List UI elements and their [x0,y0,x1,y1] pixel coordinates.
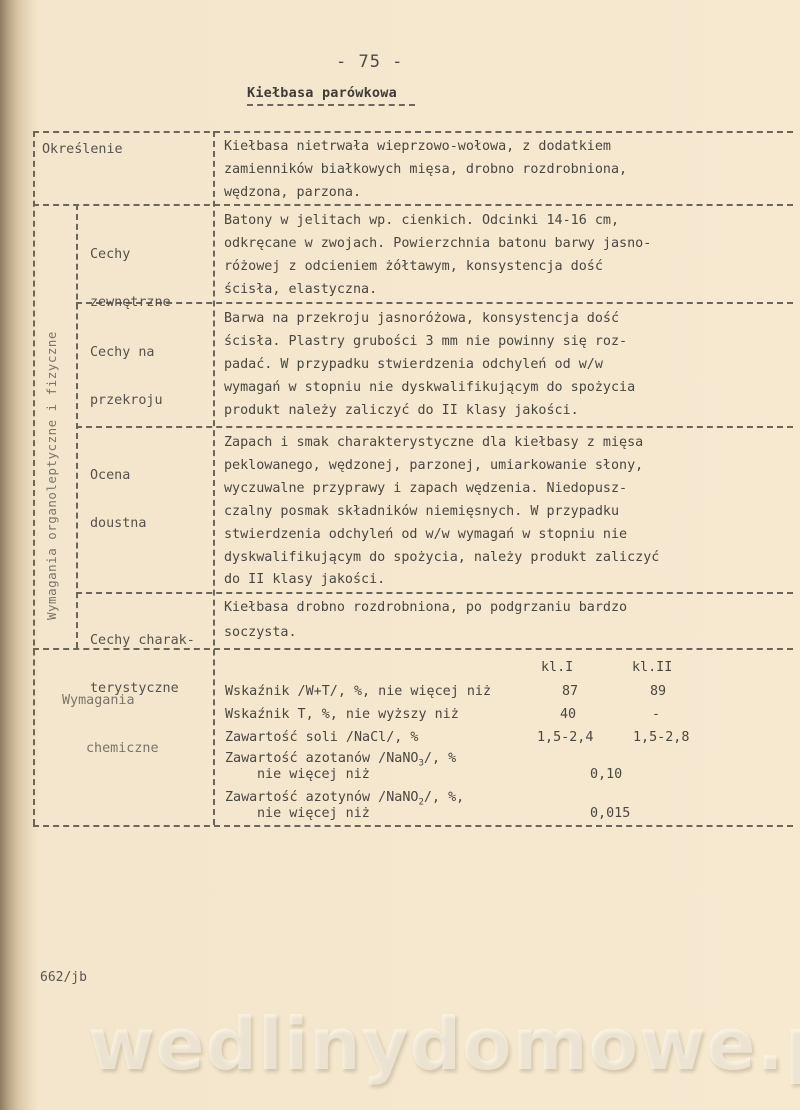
section-label-organoleptic: Wymagania organoleptyczne i fizyczne [44,331,59,620]
label-cross-section: Cechy na przekroju [90,313,163,425]
row-divider [76,302,793,304]
definition-label: Określenie [42,142,123,158]
row-divider [76,592,793,594]
page-number: - 75 - [336,52,403,72]
title-underline [247,104,415,106]
column-divider [213,131,215,825]
row-divider [76,426,793,428]
label-oral-assessment: Ocena doustna [90,436,146,548]
col-header-class-1: kl.I [541,660,573,675]
table-left-border [33,131,35,825]
label-chemical-requirements: Wymagania chemiczne [62,661,159,773]
footer-reference-code: 662/jb [40,970,87,985]
document-title: Kiełbasa parówkowa [247,85,397,101]
watermark: wedlinydomowe.pl [88,1002,800,1086]
label-external-features: Cechy zewnętrzne [90,215,171,327]
table-bottom-border [33,825,793,827]
col-header-class-2: kl.II [632,660,672,675]
row-divider [33,204,793,206]
table-top-border [33,131,793,133]
